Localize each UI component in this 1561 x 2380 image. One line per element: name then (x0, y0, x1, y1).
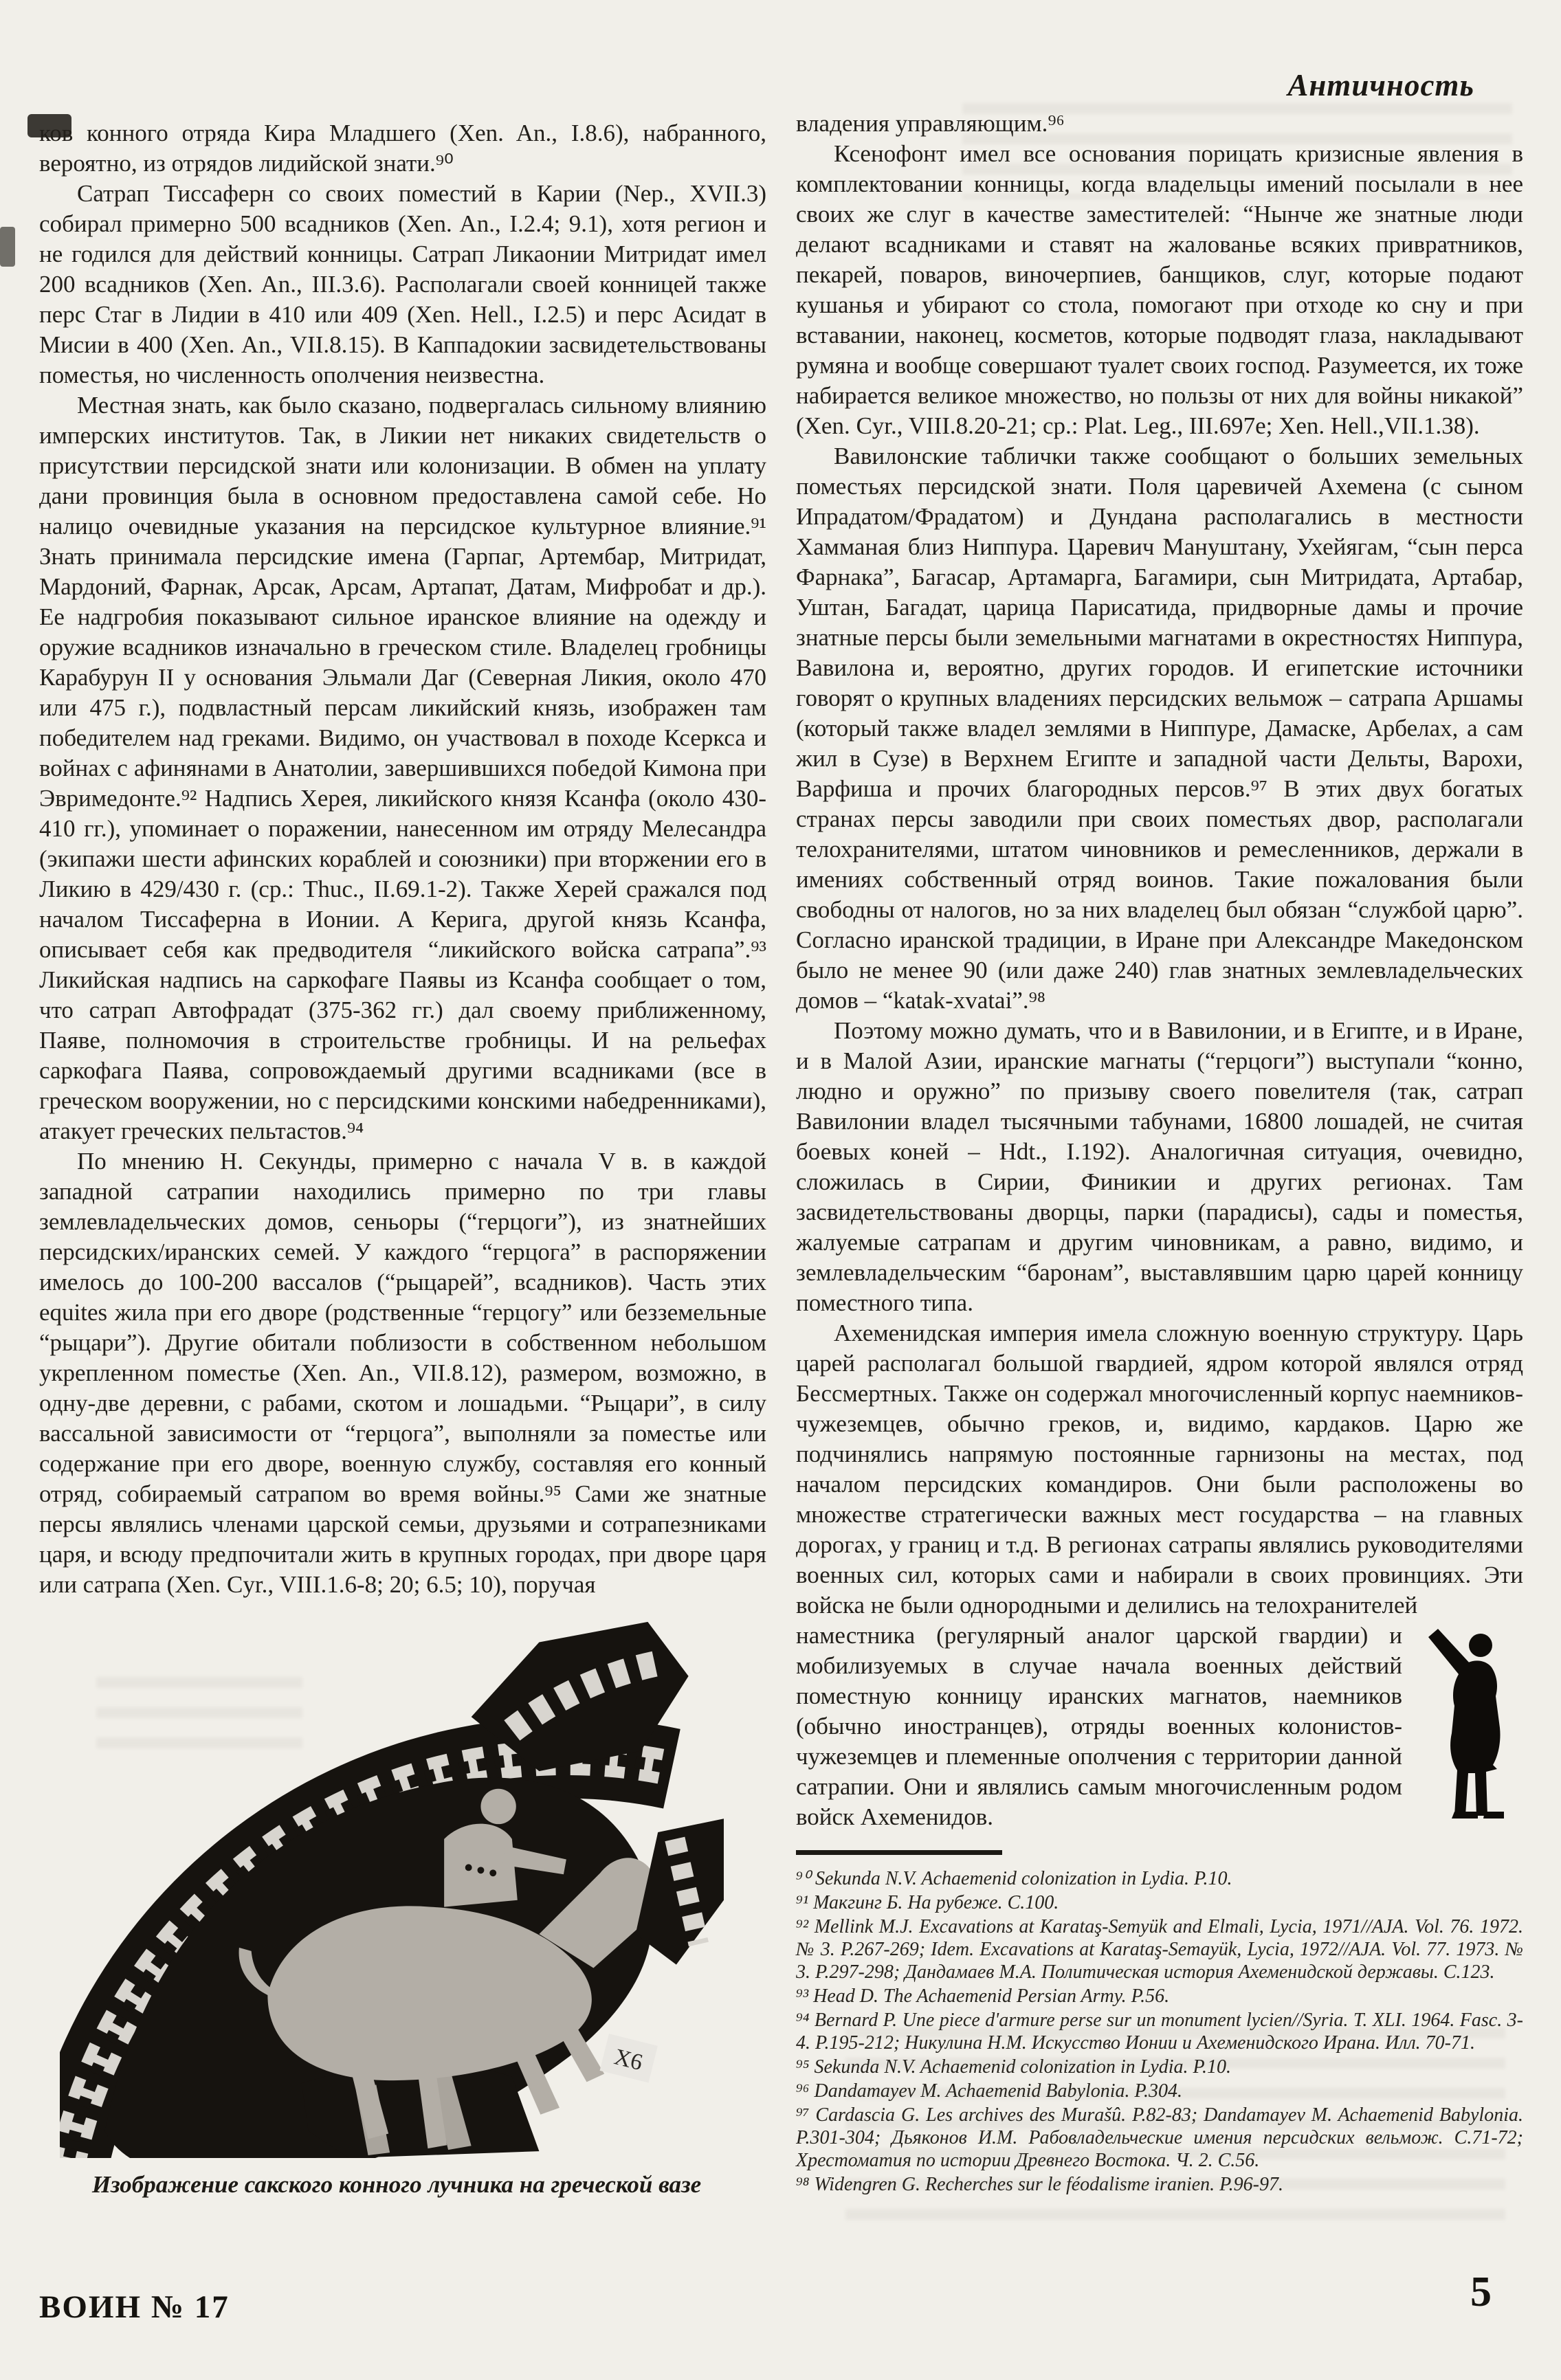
figure-caption: Изображение сакского конного лучника на … (60, 2170, 733, 2199)
paragraph: Ксенофонт имел все основания порицать кр… (796, 139, 1523, 441)
page-number: 5 (1402, 2268, 1492, 2317)
footnote: ⁹¹ Макгинг Б. На рубеже. С.100. (796, 1891, 1523, 1914)
footnotes: ⁹⁰ Sekunda N.V. Achaemenid colonization … (796, 1867, 1523, 2196)
paragraph: ков конного отряда Кира Младшего (Xen. A… (39, 118, 766, 179)
persian-figure-silhouette-image (1420, 1625, 1523, 1821)
footnote: ⁹⁸ Widengren G. Recherches sur le féodal… (796, 2173, 1523, 2196)
magazine-footer: ВОИН № 17 (39, 2289, 230, 2326)
footnote: ⁹⁵ Sekunda N.V. Achaemenid colonization … (796, 2056, 1523, 2078)
paragraph: Сатрап Тиссаферн со своих поместий в Кар… (39, 179, 766, 390)
footnote: ⁹³ Head D. The Achaemenid Persian Army. … (796, 1985, 1523, 2008)
right-column: владения управляющим.⁹⁶ Ксенофонт имел в… (796, 109, 1523, 2197)
paragraph-text: наместника (регулярный аналог царской гв… (796, 1622, 1402, 1830)
rubric-heading: Античность (1100, 67, 1474, 103)
footnote: ⁹⁶ Dandamayev M. Achaemenid Babylonia. P… (796, 2080, 1523, 2102)
footnote: ⁹⁷ Cardascia G. Les archives des Murašû.… (796, 2104, 1523, 2172)
footnote: ⁹⁰ Sekunda N.V. Achaemenid colonization … (796, 1867, 1523, 1890)
scanned-journal-page: Античность ков конного отряда Кира Младш… (0, 0, 1561, 2380)
paragraph-with-figure: наместника (регулярный аналог царской гв… (796, 1621, 1523, 1832)
vase-photo: Х6 Изображение сакского конного лучника … (60, 1615, 733, 2199)
footnote: ⁹² Mellink M.J. Excavations at Karataş-S… (796, 1915, 1523, 1983)
footnote-separator (796, 1850, 1002, 1855)
scan-artifact (0, 227, 15, 267)
museum-label: Х6 (600, 2034, 658, 2082)
paragraph: По мнению Н. Секунды, примерно с начала … (39, 1146, 766, 1600)
standing-figure-silhouette (1420, 1625, 1523, 1821)
footnote: ⁹⁴ Bernard P. Une piece d'armure perse s… (796, 2009, 1523, 2054)
greek-vase-fragment-image: Х6 (60, 1615, 733, 2158)
paragraph: владения управляющим.⁹⁶ (796, 109, 1523, 139)
paragraph: Вавилонские таблички также сообщают о бо… (796, 441, 1523, 1016)
paragraph: Ахеменидская империя имела сложную военн… (796, 1318, 1523, 1621)
paragraph: Поэтому можно думать, что и в Вавилонии,… (796, 1016, 1523, 1318)
paragraph: Местная знать, как было сказано, подверг… (39, 390, 766, 1146)
left-column: ков конного отряда Кира Младшего (Xen. A… (39, 118, 766, 2199)
